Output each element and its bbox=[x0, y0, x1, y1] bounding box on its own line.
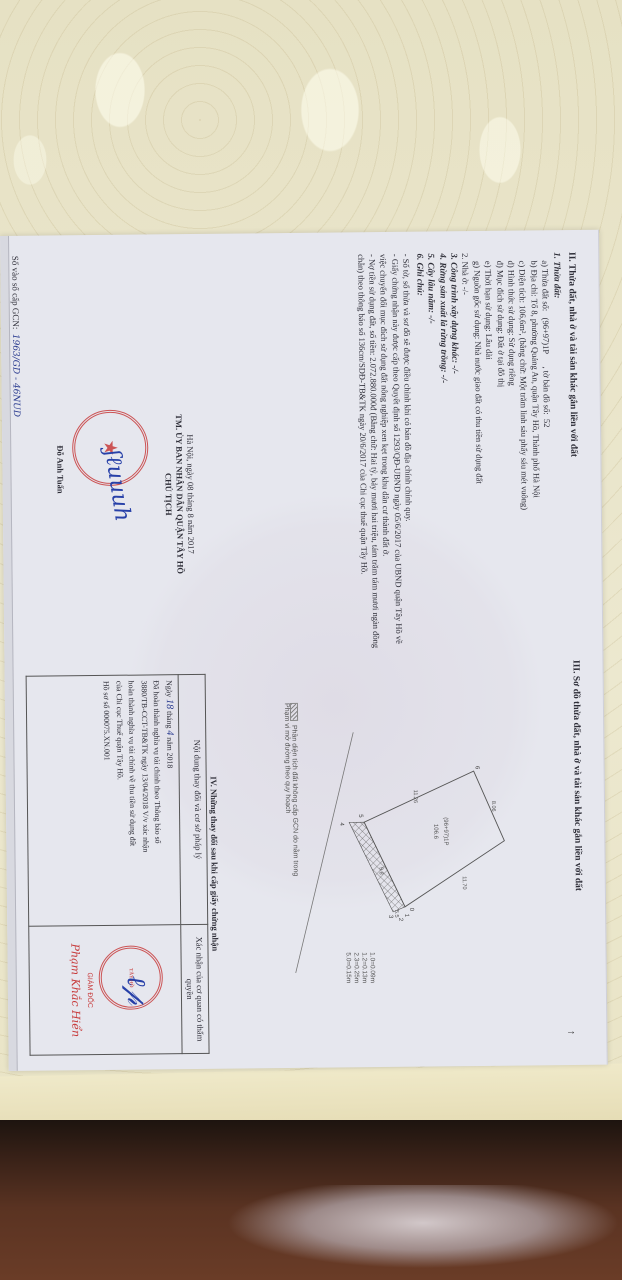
col-header-content: Nội dung thay đổi và cơ sở pháp lý bbox=[178, 674, 208, 924]
note-item: - Nợ tiền sử dụng đất, số tiền: 2.072.88… bbox=[354, 254, 381, 649]
point-offset-list: 1.0=0.09m 1.2=0.13m 2.3=0.25m 5.0=0.15m bbox=[344, 952, 376, 983]
date-prefix: Ngày bbox=[165, 680, 174, 697]
director-signature: ℓ𝓅 bbox=[120, 976, 151, 1006]
svg-text:11.70: 11.70 bbox=[461, 876, 467, 889]
parcel-plot-svg: (96+97)1P 106.6 11.708.0611.269.85.5 012… bbox=[263, 670, 567, 1043]
registry-number: Số vào sổ cấp GCN: 1963/GD - 46NUD bbox=[9, 256, 22, 417]
svg-text:2: 2 bbox=[397, 918, 403, 922]
registry-value: 1963/GD - 46NUD bbox=[10, 334, 21, 417]
svg-text:(96+97)1P: (96+97)1P bbox=[442, 817, 448, 845]
parcel-no-label: a) Thửa đất số: bbox=[540, 260, 551, 311]
svg-text:3: 3 bbox=[387, 915, 393, 919]
hatch-swatch-icon bbox=[290, 703, 298, 721]
svg-text:106.6: 106.6 bbox=[432, 824, 438, 840]
section-land-details: II. Thửa đất, nhà ở và tài sản khác gắn … bbox=[354, 252, 580, 654]
wood-reflection bbox=[180, 1185, 622, 1280]
entry-date: Ngày 18 tháng 4 năm 2018 bbox=[162, 680, 177, 919]
director-role: GIÁM ĐỐC bbox=[85, 931, 93, 1049]
svg-text:5: 5 bbox=[357, 814, 363, 818]
month-prefix: tháng bbox=[165, 711, 174, 728]
entry-line: 3880/TB-CCT-TB&TK ngày 13/04/2018 V/v xá… bbox=[137, 680, 152, 919]
notes-list: - Số tờ, số thửa và sơ đồ sẽ được điều c… bbox=[354, 254, 415, 650]
legend-line: Phần diện tích đất không cấp GCN do nằm … bbox=[290, 725, 299, 876]
svg-text:0: 0 bbox=[408, 908, 414, 912]
point-offset: 2.3=0.25m bbox=[352, 952, 360, 983]
entry-month: 4 bbox=[164, 730, 175, 735]
parcel-no-value: (96+97)1P bbox=[541, 318, 551, 354]
point-offset: 1.2=0.13m bbox=[360, 952, 368, 983]
entry-year: năm 2018 bbox=[165, 737, 174, 768]
parcel-diagram: (96+97)1P 106.6 11.708.0611.269.85.5 012… bbox=[263, 670, 567, 1043]
map-sheet-value: 52 bbox=[542, 419, 552, 428]
certificate-sheet: II. Thửa đất, nhà ở và tài sản khác gắn … bbox=[0, 230, 608, 1071]
authority-confirmation: TÂY HỒ ℓ𝓅 GIÁM ĐỐC Phạm Khắc Hiển bbox=[29, 925, 182, 1055]
diagram-legend: Phần diện tích đất không cấp GCN do nằm … bbox=[283, 703, 300, 877]
north-arrow-icon: ↑ bbox=[565, 1030, 576, 1035]
section-parcel-diagram: III. Sơ đồ thửa đất, nhà ở và tài sản kh… bbox=[566, 660, 584, 1050]
change-entry: Ngày 18 tháng 4 năm 2018 Đã hoàn thành n… bbox=[26, 675, 181, 927]
signer-name: Đỗ Anh Tuấn bbox=[55, 445, 66, 493]
changes-after-issuance: IV. Những thay đổi sau khi cấp giấy chứn… bbox=[26, 674, 222, 1056]
certificate-page: II. Thửa đất, nhà ở và tài sản khác gắn … bbox=[0, 230, 607, 1071]
changes-table: Nội dung thay đổi và cơ sở pháp lý Xác n… bbox=[26, 674, 210, 1056]
svg-text:4: 4 bbox=[338, 822, 344, 826]
col-header-confirm: Xác nhận của cơ quan có thẩm quyền bbox=[181, 924, 209, 1053]
map-sheet-label: , tờ bản đồ số: bbox=[542, 366, 553, 414]
svg-text:8.06: 8.06 bbox=[490, 801, 496, 812]
point-offset: 1.0=0.09m bbox=[368, 952, 376, 983]
svg-text:11.26: 11.26 bbox=[412, 790, 418, 803]
director-name: Phạm Khắc Hiển bbox=[68, 931, 82, 1049]
section2-heading: II. Thửa đất, nhà ở và tài sản khác gắn … bbox=[565, 252, 581, 652]
point-offset: 5.0=0.15m bbox=[344, 952, 352, 983]
registry-label: Số vào sổ cấp GCN: bbox=[10, 256, 21, 330]
issuer-signature-block: Hà Nội, ngày 08 tháng 8 năm 2017 TM. ỦY … bbox=[161, 354, 197, 634]
entry-day: 18 bbox=[164, 699, 175, 709]
entry-line: của Chi cục Thuế quận Tây Hồ. bbox=[112, 681, 127, 920]
note-item: - Giấy chứng nhận này được cấp theo Quyế… bbox=[377, 254, 404, 649]
svg-text:9.8: 9.8 bbox=[378, 867, 384, 875]
section4-heading: IV. Những thay đổi sau khi cấp giấy chứn… bbox=[208, 674, 222, 1054]
section3-heading: III. Sơ đồ thửa đất, nhà ở và tài sản kh… bbox=[569, 660, 584, 1050]
svg-text:1: 1 bbox=[403, 914, 409, 918]
svg-text:6: 6 bbox=[474, 766, 480, 770]
svg-text:5.5: 5.5 bbox=[393, 910, 399, 918]
